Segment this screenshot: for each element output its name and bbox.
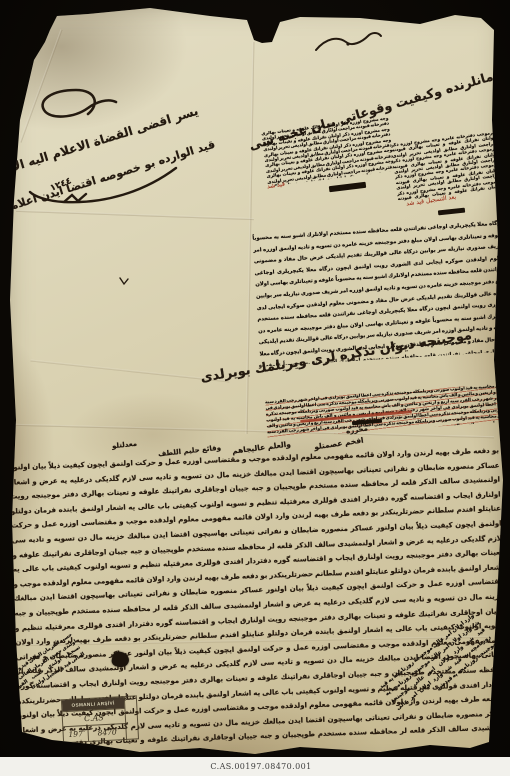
signature-swoosh-icon [24,162,184,212]
archive-stamp: OSMANLI ARŞİVİ C.AS 197 8470 ! [61,695,151,746]
stamp-table: OSMANLI ARŞİVİ C.AS 197 8470 [61,696,127,743]
stamp-check-mark: ! [125,692,129,703]
derkenar-block-right: برموجب دفترخانه عامره وجه مشروح اوزره ذك… [391,131,501,201]
calligraphic-flourish-icon [312,28,384,58]
derkenar-block-left: وجه مشروح اوزره ذكر اولنان نفراتك علوفه … [261,116,395,186]
catalog-number: C.AS.00197.08470.001 [210,762,311,771]
red-registry-note-left: قید شد [267,181,286,191]
ink-strikethrough [438,208,465,215]
stray-ink-mark [118,276,130,286]
loop-flourish-icon [30,84,120,134]
caption-bar: C.AS.00197.08470.001 [0,757,510,776]
ink-strikethrough [329,182,366,192]
certified-registry-block: باش محاسبه یه قید اولنوب صورتی ویریلمكله… [265,384,507,439]
stamp-file-number: 197 [63,726,89,742]
stamp-doc-number: 8470 [88,724,126,741]
opening-word: معدلتلو [112,440,138,451]
archive-photograph: فرمانلرنده وكیفیت وقوعاتی بیان عجبه سی ی… [0,0,510,776]
document-paper: فرمانلرنده وكیفیت وقوعاتی بیان عجبه سی ی… [0,0,510,776]
